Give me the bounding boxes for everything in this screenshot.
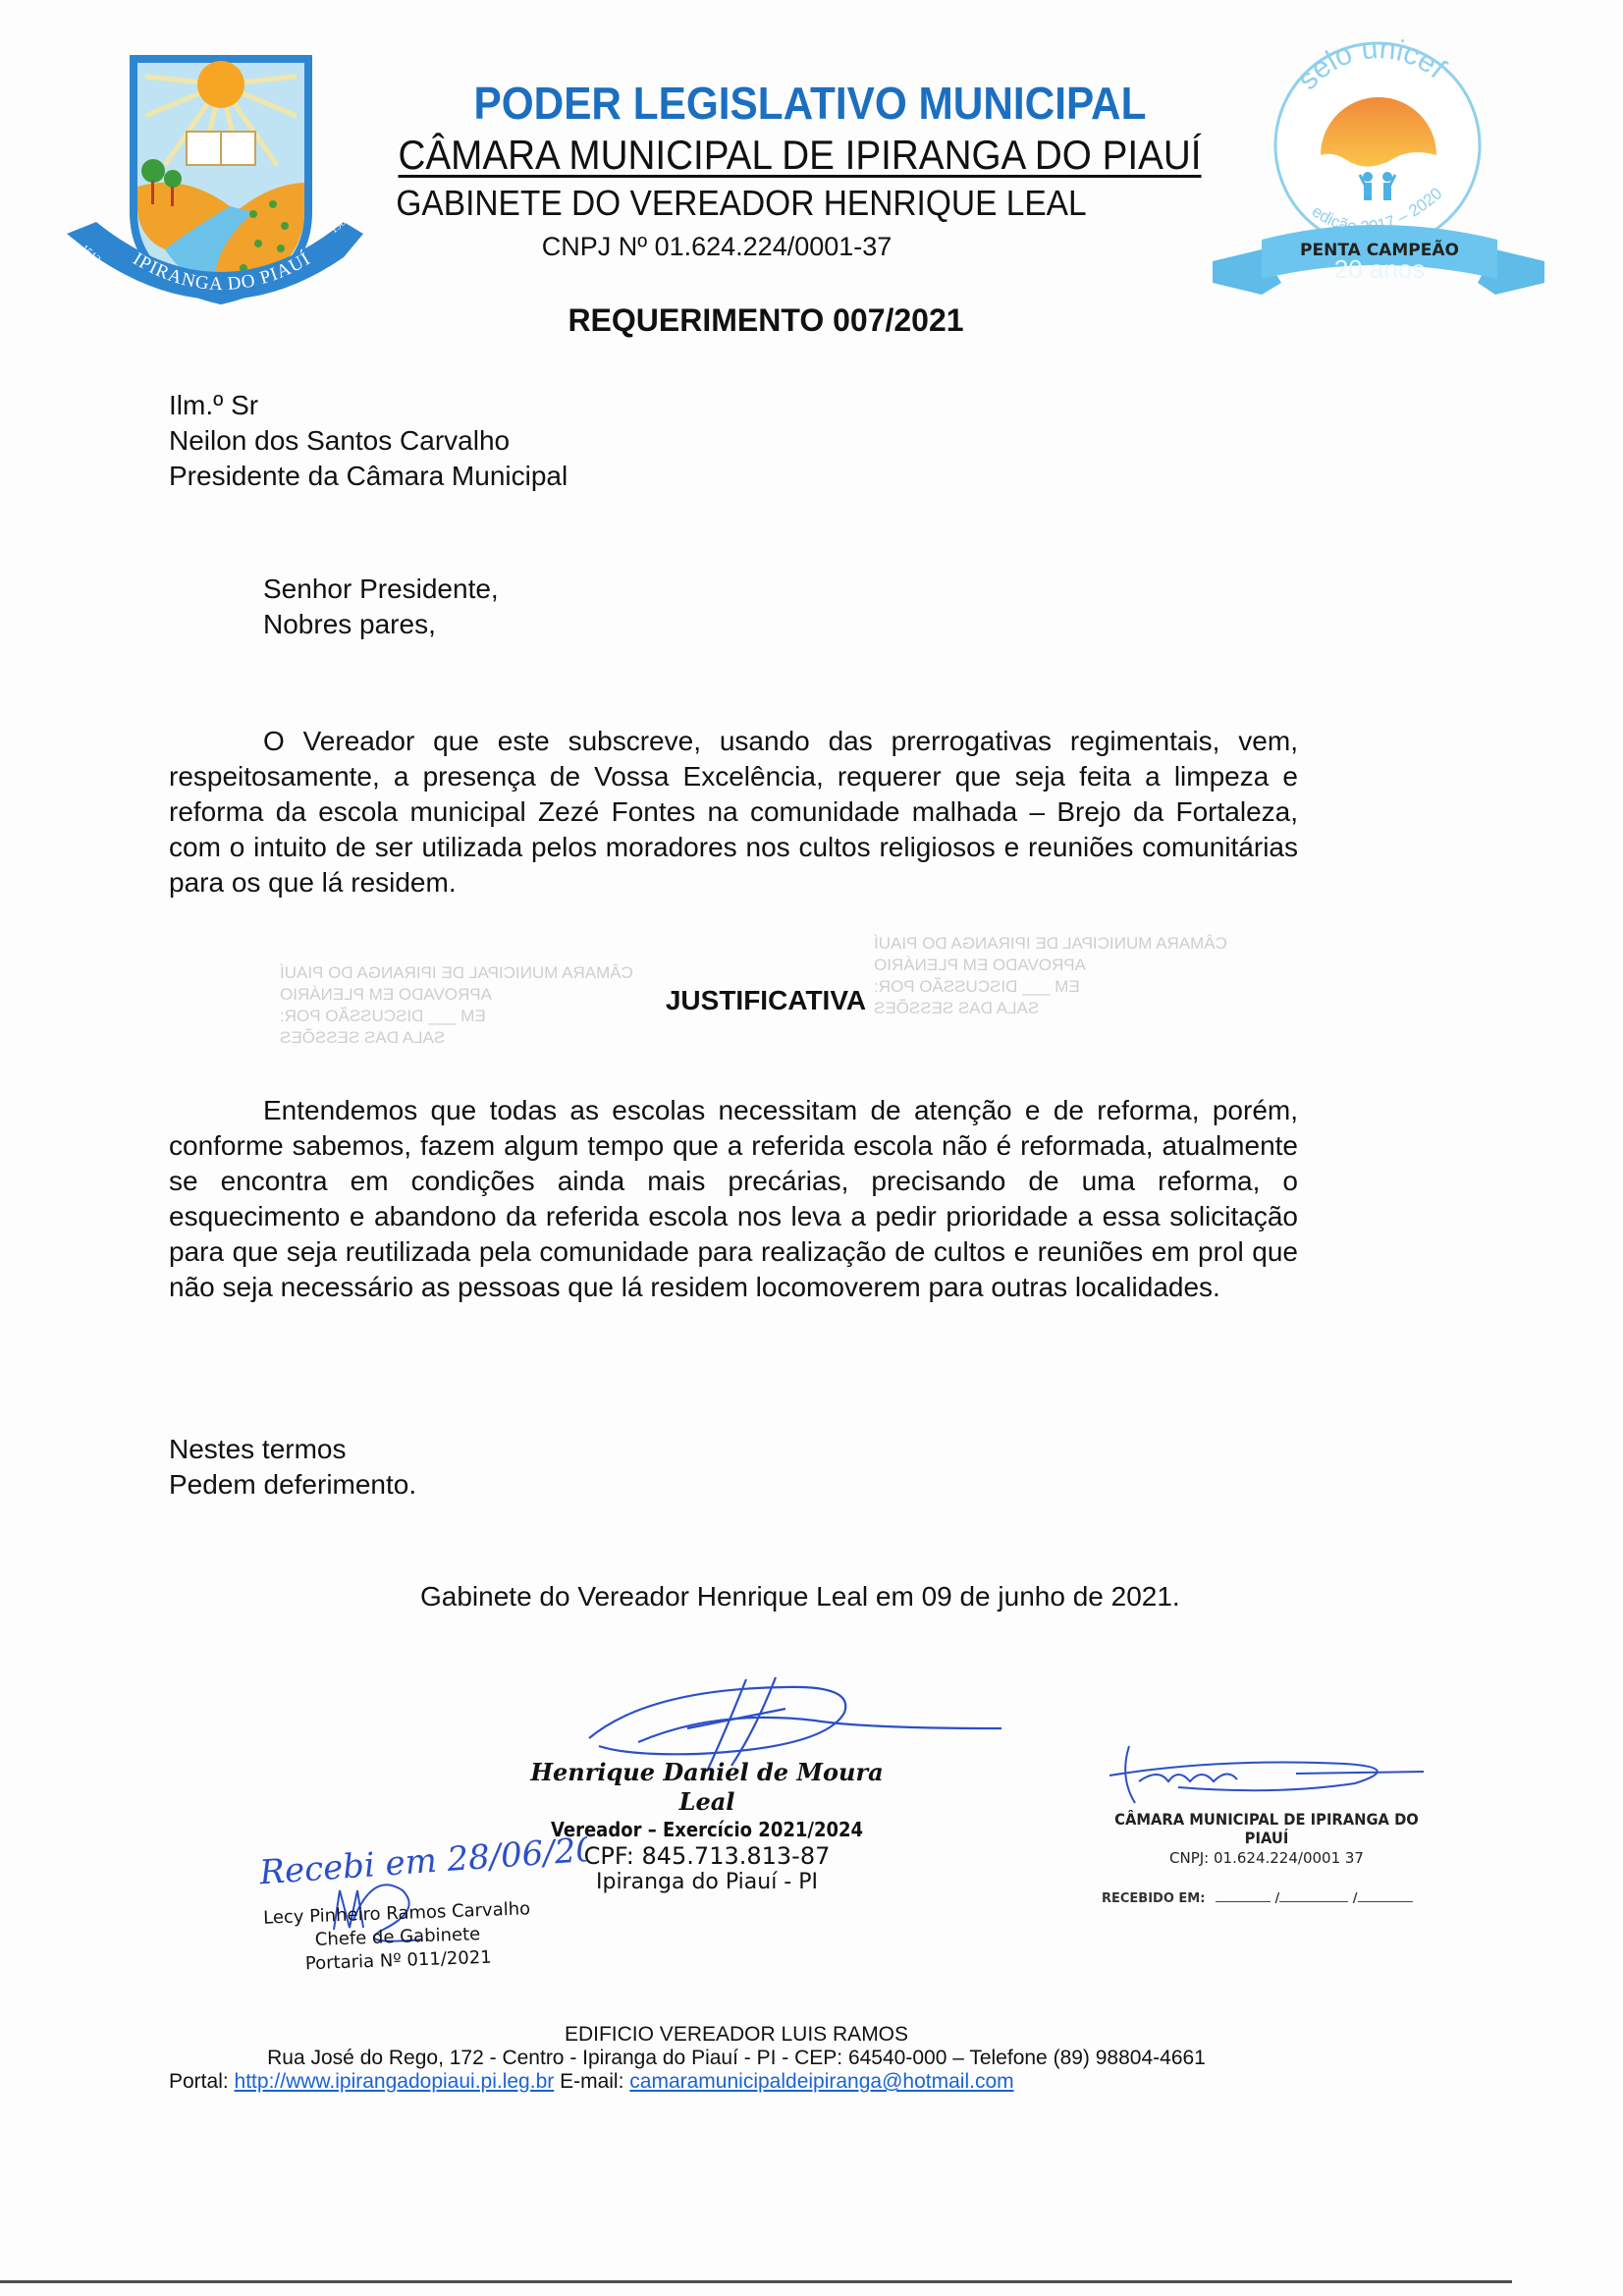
- legislative-power-title: PODER LEGISLATIVO MUNICIPAL: [363, 77, 1258, 130]
- footer-contacts: Portal: http://www.ipirangadopiaui.pi.le…: [147, 2070, 1325, 2094]
- received-date-field: RECEBIDO EM: / /: [1102, 1891, 1413, 1906]
- portal-link[interactable]: http://www.ipirangadopiaui.pi.leg.br: [235, 2070, 555, 2093]
- chamber-name: CÂMARA MUNICIPAL DE IPIRANGA DO PIAUÍ: [354, 132, 1244, 179]
- closing-line: Nestes termos: [169, 1432, 416, 1467]
- footer-address: Rua José do Rego, 172 - Centro - Ipirang…: [147, 2047, 1325, 2070]
- email-link[interactable]: camaramunicipaldeipiranga@hotmail.com: [629, 2070, 1013, 2093]
- footer-building: EDIFICIO VEREADOR LUIS RAMOS: [147, 2023, 1325, 2047]
- received-label: RECEBIDO EM:: [1102, 1891, 1205, 1906]
- receipt-stamp: CÂMARA MUNICIPAL DE IPIRANGA DO PIAUÍ CN…: [1080, 1810, 1453, 1867]
- addressee-salutation: Ilm.º Sr: [169, 388, 568, 423]
- svg-text:20 anos: 20 anos: [1334, 254, 1426, 284]
- chief-of-staff-block: Lecy Pinheiro Ramos Carvalho Chefe de Ga…: [249, 1897, 546, 1978]
- header-cnpj: CNPJ Nº 01.624.224/0001-37: [412, 232, 1021, 262]
- addressee-block: Ilm.º Sr Neilon dos Santos Carvalho Pres…: [169, 388, 568, 494]
- request-title: REQUERIMENTO 007/2021: [393, 302, 1139, 339]
- receipt-stamp-org: CÂMARA MUNICIPAL DE IPIRANGA DO PIAUÍ: [1095, 1810, 1438, 1847]
- greeting-block: Senhor Presidente, Nobres pares,: [263, 572, 499, 642]
- municipal-crest-logo: IPIRANGA DO PIAUÍ 1512 1962: [57, 47, 371, 322]
- closing-line: Pedem deferimento.: [169, 1467, 416, 1503]
- justification-paragraph: Entendemos que todas as escolas necessit…: [169, 1093, 1298, 1305]
- request-paragraph: O Vereador que este subscreve, usando da…: [169, 724, 1298, 901]
- office-name: GABINETE DO VEREADOR HENRIQUE LEAL: [353, 183, 1130, 224]
- receipt-signature-icon: [1100, 1738, 1434, 1807]
- closing-block: Nestes termos Pedem deferimento.: [169, 1432, 416, 1503]
- receipt-stamp-cnpj: CNPJ: 01.624.224/0001 37: [1080, 1849, 1453, 1867]
- email-label: E-mail:: [560, 2070, 623, 2093]
- addressee-title: Presidente da Câmara Municipal: [169, 459, 568, 494]
- greeting-line: Nobres pares,: [263, 607, 499, 642]
- justification-heading: JUSTIFICATIVA: [550, 985, 982, 1016]
- footer: EDIFICIO VEREADOR LUIS RAMOS Rua José do…: [147, 2023, 1325, 2094]
- unicef-seal-logo: selo unicef edição 2017 – 2020 PENTA CAM…: [1203, 37, 1566, 322]
- greeting-line: Senhor Presidente,: [263, 572, 499, 607]
- councilor-name: Henrique Daniel de Moura Leal: [511, 1758, 903, 1817]
- scan-bottom-edge: [0, 2280, 1512, 2283]
- place-and-date: Gabinete do Vereador Henrique Leal em 09…: [420, 1581, 1180, 1613]
- crest-shield-icon: IPIRANGA DO PIAUÍ 1512 1962: [57, 47, 371, 322]
- unicef-seal-icon: selo unicef edição 2017 – 2020 PENTA CAM…: [1203, 37, 1566, 322]
- addressee-name: Neilon dos Santos Carvalho: [169, 423, 568, 459]
- portal-label: Portal:: [169, 2070, 229, 2093]
